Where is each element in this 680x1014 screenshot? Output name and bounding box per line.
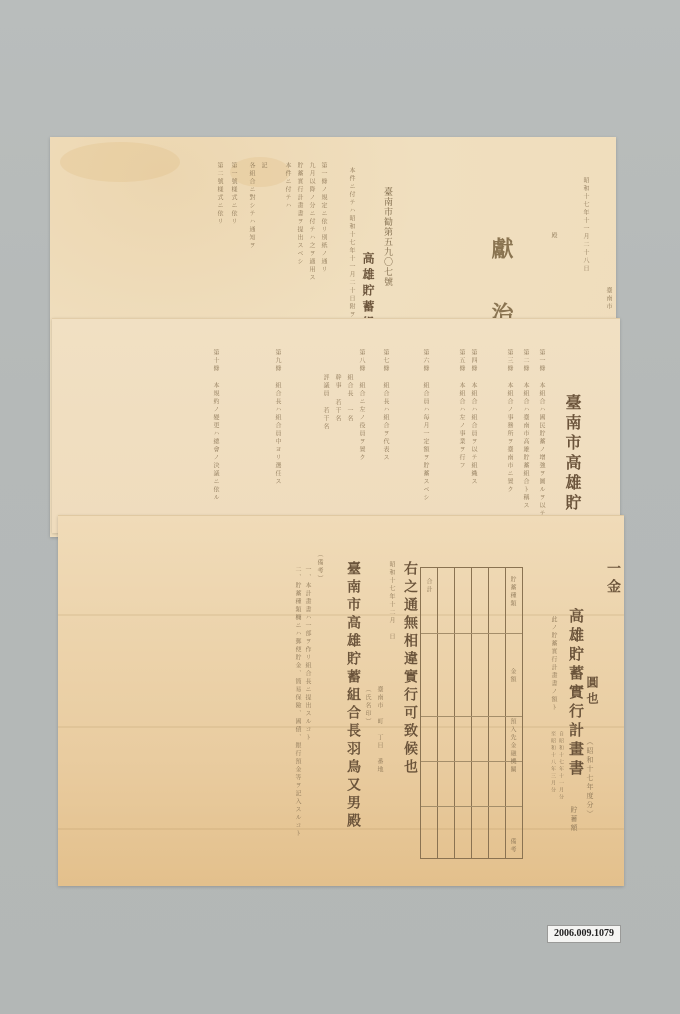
table-rule <box>505 568 506 858</box>
body-text-line: 九月以降ノ分ニ付テハ之ヲ適用ス <box>308 162 314 282</box>
article-line: 第二條 本組合ハ臺南市高雄貯蓄組合ト稱ス <box>522 349 528 510</box>
article-line: 第九條 組合長ハ組合員中ヨリ選任ス <box>274 349 280 486</box>
unit-label: 貯蓄額 <box>570 806 577 833</box>
reference-number: 臺南市勧第五九〇七號 <box>382 187 391 287</box>
table-total-label: 合計 <box>425 578 431 594</box>
paper-stain <box>60 142 180 182</box>
addressee: 殿 <box>550 232 556 240</box>
table-header: 貯蓄種類 <box>509 576 515 608</box>
fold-crease <box>58 828 624 830</box>
signature-field: （氏名印） <box>364 686 370 726</box>
note-line: 二、貯蓄種類欄ニハ郵便貯金、簡易保險、國債、銀行預金等ヲ記入スルコト <box>294 566 300 838</box>
document-sheet-regulations: 臺南市高雄貯 第一條 本組合ハ國民貯蓄ノ增強ヲ圖ルヲ以テ目的トス 第二條 本組合… <box>52 318 620 533</box>
table-rule <box>488 568 489 858</box>
period-line: 自昭和十七年十一月分 <box>558 731 563 801</box>
regulations-heading: 臺南市高雄貯 <box>564 394 580 514</box>
table-header: 備考 <box>509 838 515 854</box>
note-line: 一、本計畫書ハ一部ヲ作リ組合長ニ提出スルコト <box>304 566 310 742</box>
table-rule <box>421 806 522 807</box>
table-header: 預入先金融機關 <box>509 718 515 774</box>
article-line: 第十條 本規約ノ變更ハ總會ノ決議ニ依ル <box>212 349 218 502</box>
date-line: 昭和十七年十一月二十八日 <box>582 177 588 273</box>
table-rule <box>454 568 455 858</box>
table-rule <box>421 761 522 762</box>
table-header: 金額 <box>509 668 515 684</box>
sender-org: 臺南市 <box>605 287 611 311</box>
body-text-line: 貯蓄實行計畫書ヲ提出スベシ <box>296 162 302 266</box>
body-text-line: 本件ニ付テハ <box>284 162 290 210</box>
body-text-line: 記 <box>260 162 266 170</box>
article-line: 第五條 本組合ハ左ノ事業ヲ行フ <box>458 349 464 470</box>
fiscal-year: （昭和十七年度分） <box>586 738 593 819</box>
notes-heading: （備考） <box>316 551 322 583</box>
article-line: 第三條 本組合ノ事務所ヲ臺南市ニ置ク <box>506 349 512 494</box>
article-line: 第四條 本組合ハ組合員ヲ以テ組織ス <box>470 349 476 486</box>
fold-crease <box>58 614 624 616</box>
table-rule <box>437 568 438 858</box>
body-text-line: 本件ニ付テハ昭和十七年十一月二十日附ヲ以テ <box>348 167 354 335</box>
article-line: 第八條 組合ニ左ノ役員ヲ置ク <box>358 349 364 462</box>
catalog-number-label: 2006.009.1079 <box>547 925 621 943</box>
document-sheet-savings-plan: 高雄貯蓄實行計畫書 （昭和十七年度分） 一金 圓也 此ノ貯蓄實行計畫書ノ額ト 自… <box>58 515 624 886</box>
form-title: 高雄貯蓄實行計畫書 <box>568 608 583 779</box>
officer-line: 幹事 若干名 <box>334 374 340 423</box>
recipient-name: 臺南市高雄貯蓄組合長羽鳥又男殿 <box>346 561 360 831</box>
table-rule <box>421 633 522 634</box>
officer-line: 評議員 若干名 <box>322 374 328 431</box>
body-text-line: 第二號樣式ニ依リ <box>216 162 222 226</box>
table-rule <box>471 568 472 858</box>
amount-prefix: 一金 <box>606 561 620 597</box>
officer-line: 組合長 一名 <box>346 374 352 423</box>
article-line: 第七條 組合長ハ組合ヲ代表ス <box>382 349 388 462</box>
period-line: 至昭和十八年三月分 <box>550 731 555 794</box>
table-rule <box>421 716 522 717</box>
amount-note: 此ノ貯蓄實行計畫書ノ額ト <box>550 616 556 712</box>
body-text-line: 第一號樣式ニ依リ <box>230 162 236 226</box>
signature-field: 臺南市 町 丁目 番地 <box>376 686 382 774</box>
amount-suffix: 圓也 <box>586 676 598 708</box>
savings-plan-table: 貯蓄種類 金額 預入先金融機關 備考 合計 <box>420 567 523 859</box>
fold-crease <box>58 726 624 728</box>
seal-character: 獻 <box>490 237 512 260</box>
article-line: 第六條 組合員ハ毎月一定額ヲ貯蓄スベシ <box>422 349 428 502</box>
approval-line: 右之通無相違實行可致候也 <box>403 561 417 777</box>
body-text-line: 各組合ニ對シテハ通知ヲ <box>248 162 254 250</box>
body-text-line: 第一條ノ規定ニ依リ別紙ノ通リ <box>320 162 326 274</box>
approval-date: 昭和十七年十二月 日 <box>388 561 394 641</box>
